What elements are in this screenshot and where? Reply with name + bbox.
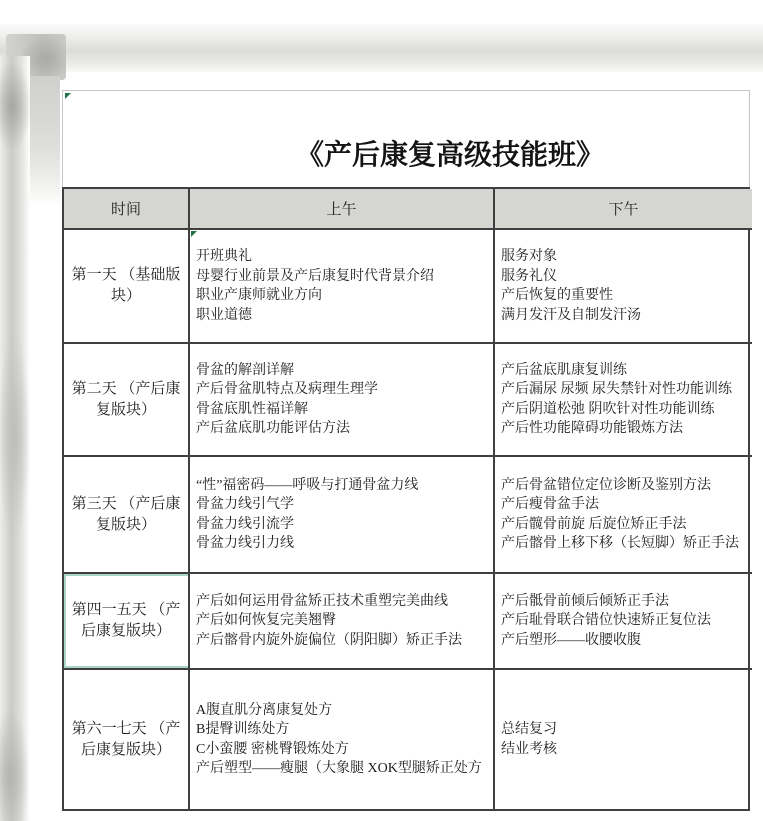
column-header-afternoon: 下午	[495, 189, 752, 230]
cell-flag-icon	[65, 93, 71, 99]
table-row-5-morning: A腹直肌分离康复处方 B提臀训练处方 C小蛮腰 密桃臀锻炼处方 产后塑型——瘦腿…	[190, 670, 495, 809]
worksheet: 《产后康复高级技能班》 时间 上午 下午 第一天 （基础版块） 开班典礼 母婴行…	[62, 90, 750, 811]
table-row-4-afternoon: 产后骶骨前倾后倾矫正手法 产后耻骨联合错位快速矫正复位法 产后塑形——收腰收腹	[495, 574, 752, 670]
cell-flag-icon	[191, 231, 197, 237]
table-row-2-morning: 骨盆的解剖详解 产后骨盆肌特点及病理生理学 骨盆底肌性福详解 产后盆底肌功能评估…	[190, 344, 495, 457]
column-header-morning: 上午	[190, 189, 495, 230]
page-top-edge-shadow	[0, 24, 763, 72]
page-fold-shadow	[28, 76, 60, 206]
column-header-time: 时间	[64, 189, 190, 230]
table-row-5-afternoon: 总结复习 结业考核	[495, 670, 752, 809]
cell-text: 开班典礼 母婴行业前景及产后康复时代背景介绍 职业产康师就业方向 职业道德	[196, 247, 434, 325]
table-row-3-morning: “性”福密码——呼吸与打通骨盆力线 骨盆力线引气学 骨盆力线引流学 骨盆力线引力…	[190, 457, 495, 574]
table-row-1-afternoon: 服务对象 服务礼仪 产后恢复的重要性 满月发汗及自制发汗汤	[495, 230, 752, 344]
page-title: 《产后康复高级技能班》	[296, 133, 604, 173]
table-row-3-time: 第三天 （产后康复版块）	[64, 457, 190, 574]
table-row-2-time: 第二天 （产后康复版块）	[64, 344, 190, 457]
table-row-4-morning: 产后如何运用骨盆矫正技术重塑完美曲线 产后如何恢复完美翘臀 产后髂骨内旋外旋偏位…	[190, 574, 495, 670]
page-left-edge-shadow	[0, 56, 30, 821]
table-row-3-afternoon: 产后骨盆错位定位诊断及鉴别方法 产后瘦骨盆手法 产后髋骨前旋 后旋位矫正手法 产…	[495, 457, 752, 574]
table-row-4-time-selected-cell: 第四一五天 （产后康复版块）	[64, 574, 190, 670]
table-row-1-morning: 开班典礼 母婴行业前景及产后康复时代背景介绍 职业产康师就业方向 职业道德	[190, 230, 495, 344]
table-row-2-afternoon: 产后盆底肌康复训练 产后漏尿 尿频 尿失禁针对性功能训练 产后阴道松弛 阴吹针对…	[495, 344, 752, 457]
table-row-5-time: 第六一七天 （产后康复版块）	[64, 670, 190, 809]
schedule-table: 时间 上午 下午 第一天 （基础版块） 开班典礼 母婴行业前景及产后康复时代背景…	[62, 187, 750, 811]
title-cell: 《产后康复高级技能班》	[62, 90, 750, 187]
photo-of-spreadsheet-page: { "title": "《产后康复高级技能班》", "table": { "he…	[0, 0, 763, 821]
table-row-1-time: 第一天 （基础版块）	[64, 230, 190, 344]
